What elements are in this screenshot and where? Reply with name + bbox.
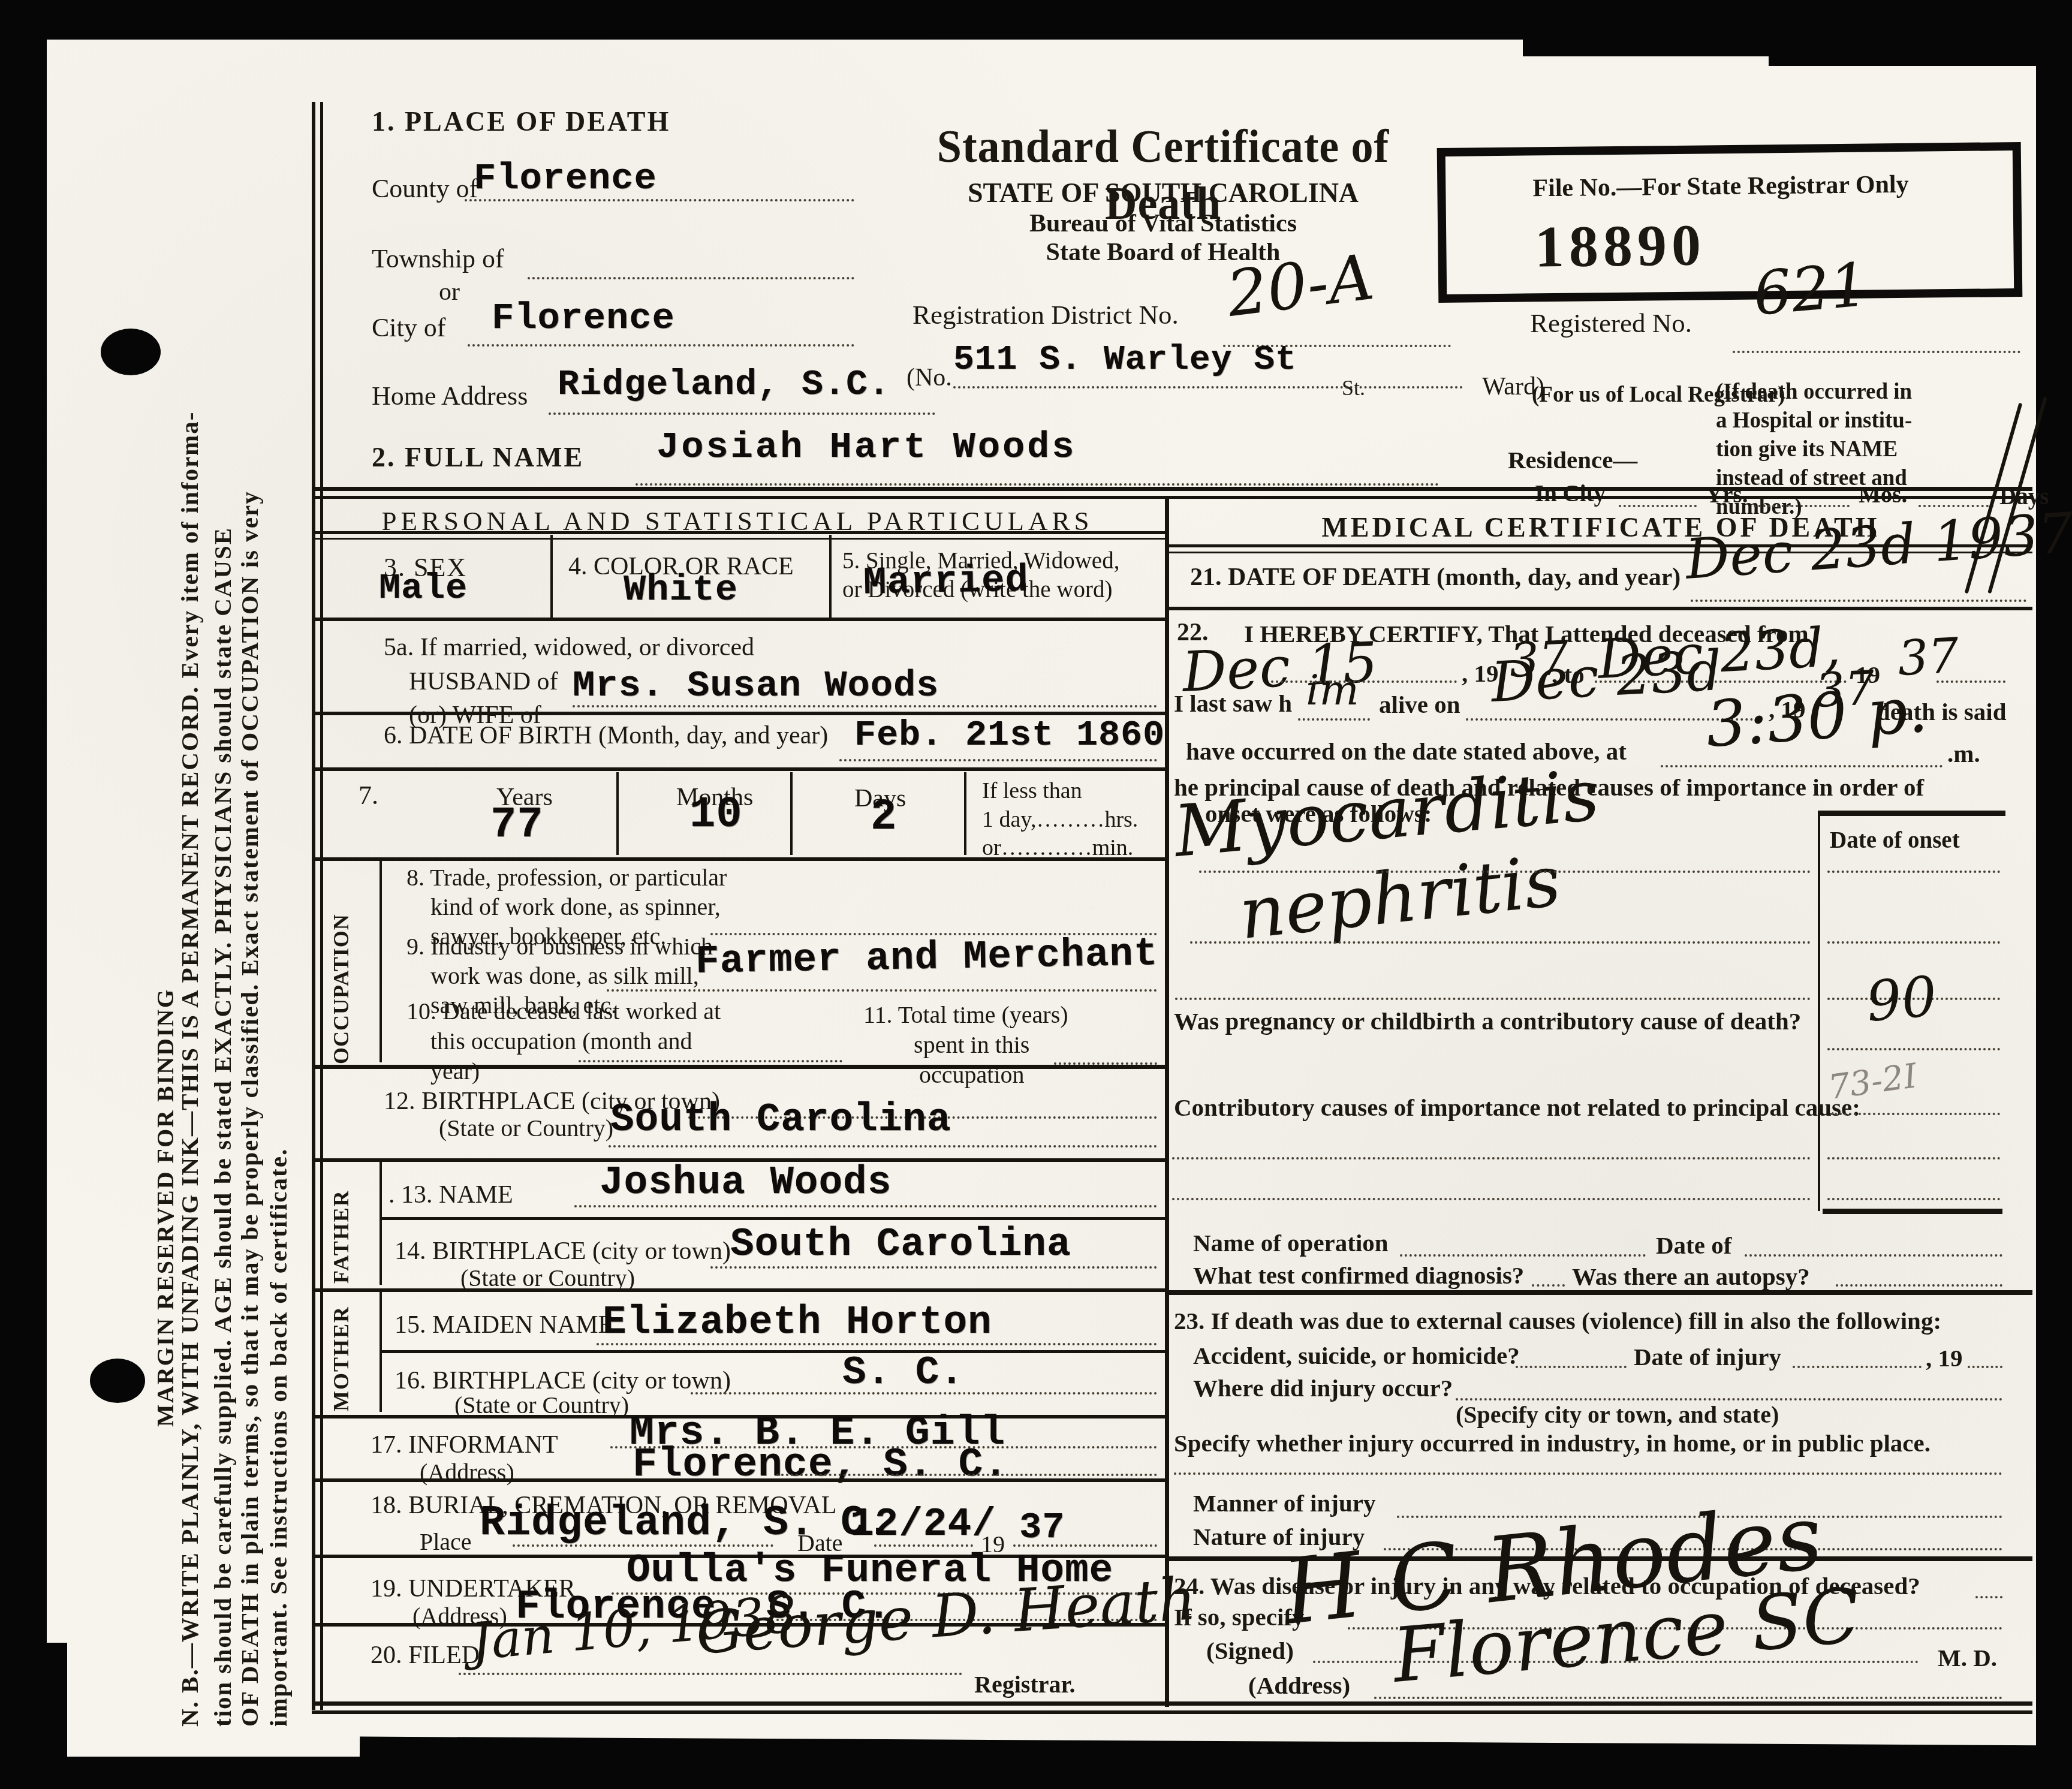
cause-line1a [1199, 871, 1811, 873]
state-line: STATE OF SOUTH CAROLINA [887, 176, 1439, 210]
father-birthplace-line [710, 1266, 1157, 1269]
address-label: (Address) [1248, 1670, 1350, 1700]
operation-date-label: Date of [1656, 1230, 1731, 1260]
test-line [1532, 1284, 1565, 1287]
date-of-death-label: 21. DATE OF DEATH (month, day, and year) [1190, 562, 1681, 593]
contributory-row2a [1172, 1157, 1811, 1159]
attended-from-line [1271, 680, 1457, 683]
operation-line [1400, 1254, 1646, 1257]
home-address-value: Ridgeland, S.C. [558, 365, 890, 405]
home-address-line [549, 412, 935, 415]
maiden-name-label: 15. MAIDEN NAME [394, 1310, 613, 1341]
burial-place-label: Place [420, 1528, 472, 1557]
age-vline1 [616, 772, 619, 855]
cause-line1b [1827, 871, 2000, 873]
mother-birthplace-value: S. C. [842, 1350, 964, 1395]
lastsaw-label1: I last saw h [1174, 688, 1292, 718]
hole-punch-top [101, 329, 161, 375]
section1-label: 1. PLACE OF DEATH [372, 105, 670, 138]
age-years-value: 77 [490, 800, 543, 850]
lastsaw-value: Dec 23d [1489, 639, 1723, 715]
registered-no-line [1733, 351, 2020, 353]
specify-whether-label: Specify whether injury occurred in indus… [1174, 1428, 1931, 1458]
age-number-label: 7. [359, 779, 378, 812]
age-months-value: 10 [689, 790, 742, 839]
rule-below-14 [312, 1288, 1165, 1292]
time-line [1661, 765, 1943, 767]
margin-nb-line1: N. B.—WRITE PLAINLY, WITH UNFADING INK—T… [175, 84, 204, 1727]
printed-19d: , 19 [1926, 1343, 1963, 1373]
birthplace-value: South Carolina [610, 1097, 951, 1142]
injury-19-line [1968, 1366, 2002, 1368]
city-label: City of [372, 312, 445, 344]
rule-below-11 [312, 1065, 1165, 1069]
lastworked-line [579, 1060, 842, 1062]
pregnancy-value: 90 [1864, 964, 1940, 1034]
onset-bottom-bar [1823, 1209, 2002, 1214]
address-line [1374, 1697, 2002, 1699]
age-ifless-label: If less than 1 day,………hrs. or…………min. [982, 777, 1138, 863]
age-vline3 [964, 772, 966, 855]
rule-below-17 [312, 1478, 1165, 1482]
personal-rule2 [312, 538, 1165, 540]
row345-vline2 [829, 535, 832, 618]
rule-below-test [1165, 1290, 2032, 1295]
occupation-related-line [1975, 1596, 2002, 1598]
pregnancy-line [1827, 1048, 2000, 1050]
home-address-label: Home Address [372, 380, 528, 412]
industry-value: Farmer and Merchant [695, 931, 1158, 984]
spouse-line [573, 705, 1157, 707]
lastworked-label: 10. Date deceased last worked at this oc… [406, 996, 721, 1086]
incity-line [1619, 505, 1697, 507]
street-line [953, 386, 1463, 388]
test-label: What test confirmed diagnosis? [1193, 1260, 1524, 1290]
form-left-rule2 [320, 102, 323, 1710]
bureau-line: Bureau of Vital Statistics [887, 209, 1439, 239]
rule-below-6 [312, 767, 1165, 771]
rule-below-15 [381, 1350, 1165, 1353]
occupation-vline [380, 861, 382, 1062]
header-double-rule2 [312, 496, 2032, 499]
bottom-double-rule1 [312, 1701, 2032, 1706]
section2-label: 2. FULL NAME [372, 441, 584, 474]
dob-value: Feb. 21st 1860 [854, 715, 1165, 756]
scan-border-top [0, 0, 2072, 40]
header-double-rule1 [312, 487, 2032, 491]
dob-line [839, 759, 1157, 761]
scan-border-top-right2 [1769, 54, 2072, 66]
margin-nb-line2: tion should be carefully supplied. AGE s… [208, 84, 237, 1727]
registrar-label: Registrar. [974, 1670, 1075, 1700]
burial-year-line [1013, 1544, 1157, 1547]
column-divider [1165, 496, 1169, 1707]
yrs-line [1754, 505, 1850, 507]
age-vline2 [790, 772, 793, 855]
father-name-line [574, 1205, 1157, 1207]
mother-vertical-label: MOTHER [329, 1294, 354, 1411]
filed-line [459, 1673, 962, 1675]
onset-vline [1818, 811, 1820, 1211]
cause-line2a [1190, 941, 1811, 944]
father-vertical-label: FATHER [329, 1166, 354, 1284]
maiden-name-value: Elizabeth Horton [603, 1300, 992, 1345]
burial-date-line [874, 1544, 973, 1547]
scan-border-bottom-left [0, 1643, 67, 1789]
margin-nb-line3: OF DEATH in plain terms, so that it may … [235, 84, 264, 1727]
burial-place-line [513, 1544, 773, 1547]
residence-mos: Mos. [1859, 481, 1907, 510]
fullname-value: Josiah Hart Woods [656, 426, 1077, 468]
father-birthplace-label: 14. BIRTHPLACE (city or town) [394, 1236, 731, 1267]
filed-label: 20. FILED [371, 1640, 480, 1671]
father-name-label: . 13. NAME [389, 1180, 513, 1210]
father-vline [380, 1162, 382, 1285]
county-label: County of [372, 173, 478, 205]
birthplace-sublabel: (State or Country) [439, 1114, 613, 1143]
scan-border-left [0, 0, 47, 1789]
residence-incity: In City [1535, 480, 1606, 508]
form-left-rule1 [312, 102, 315, 1710]
rule-below-345 [312, 618, 1165, 621]
date-of-onset-label: Date of onset [1830, 826, 1960, 855]
mother-birthplace-line [691, 1392, 1157, 1395]
injury-date-label: Date of injury [1634, 1342, 1781, 1372]
reg-district-label: Registration District No. [912, 299, 1179, 332]
father-birthplace-value: South Carolina [730, 1222, 1071, 1267]
county-value: Florence [474, 157, 657, 200]
age-days-value: 2 [871, 793, 897, 842]
maiden-name-line [597, 1343, 1157, 1345]
county-line [465, 199, 854, 201]
specify-line [1174, 1472, 2002, 1475]
external-causes-label: 23. If death was due to external causes … [1174, 1306, 1941, 1336]
signed-label: (Signed) [1206, 1636, 1294, 1665]
date-of-death-line [1691, 600, 2026, 602]
burial-year-value: 37 [1019, 1506, 1065, 1549]
file-number-label: File No.—For State Registrar Only [1451, 168, 1990, 205]
contributory-label: Contributory causes of importance not re… [1174, 1092, 1860, 1122]
cause-line2b [1827, 941, 2000, 944]
township-line [528, 277, 854, 279]
rule-below-21 [1165, 607, 2032, 610]
contributory-line [1830, 1113, 2000, 1115]
dob-label: 6. DATE OF BIRTH (Month, day, and year) [384, 721, 828, 751]
scan-border-top-right [1523, 35, 2072, 56]
time-value: 3:30 p. [1703, 673, 1929, 761]
lastsaw-him: im [1306, 665, 1359, 715]
contributory-row3b [1827, 1198, 2000, 1200]
cause-line3a [1175, 998, 1811, 1000]
no-label: (No. [907, 363, 952, 393]
informant-label: 17. INFORMANT [371, 1430, 558, 1460]
father-name-value: Joshua Woods [600, 1160, 892, 1205]
race-value: White [624, 568, 738, 611]
lastsaw-label2: alive on [1379, 689, 1460, 719]
file-number-box [1437, 142, 2023, 303]
ward-label: Ward) [1482, 372, 1544, 402]
where-label: Where did injury occur? [1193, 1373, 1453, 1403]
informant-address-label: (Address) [420, 1458, 514, 1487]
fullname-line [636, 483, 1439, 486]
street-value: 511 S. Warley St [953, 341, 1297, 380]
accident-line [1516, 1366, 1627, 1368]
informant-address-line [776, 1474, 1157, 1476]
onset-top-bar [1818, 811, 2005, 816]
registered-no-label: Registered No. [1530, 307, 1692, 340]
lastsaw-him-line [1298, 718, 1370, 721]
marital-value: Married [863, 559, 1029, 606]
township-label: Township of [372, 243, 504, 275]
year-b-line [1937, 680, 2005, 683]
scan-border-right [2036, 0, 2072, 1789]
autopsy-label: Was there an autopsy? [1572, 1261, 1810, 1291]
hole-punch-bottom [90, 1359, 145, 1403]
death-certificate-scan: MARGIN RESERVED FOR BINDING N. B.—WRITE … [0, 0, 2072, 1789]
injury-date-line [1793, 1366, 1922, 1368]
burial-date-value: 12/24/ [850, 1502, 996, 1547]
operation-label: Name of operation [1193, 1228, 1389, 1258]
industry-line [607, 989, 1157, 992]
township-or: or [439, 277, 460, 308]
bottom-double-rule2 [312, 1710, 2032, 1714]
contributory-row3a [1172, 1198, 1811, 1200]
autopsy-line [1836, 1284, 2002, 1287]
margin-nb-line4: important. See instructions on back of c… [264, 84, 293, 1727]
residence-label: Residence— [1508, 445, 1637, 475]
contributory-row2b [1827, 1157, 2000, 1159]
operation-date-line [1745, 1254, 2002, 1257]
personal-rule1 [312, 531, 1165, 534]
rule-below-13 [381, 1217, 1165, 1220]
occupation-vertical-label: OCCUPATION [329, 866, 354, 1064]
spouse-value: Mrs. Susan Woods [573, 664, 939, 707]
residence-yrs: Yrs. [1706, 481, 1748, 510]
file-number-value: 18890 [1534, 210, 1706, 284]
specify-city-label: (Specify city or town, and state) [1456, 1401, 1779, 1430]
city-line [468, 344, 854, 347]
city-value: Florence [492, 297, 675, 339]
m-label: .m. [1947, 739, 1980, 769]
totaltime-label: 11. Total time (years) spent in this occ… [863, 1000, 1068, 1090]
accident-label: Accident, suicide, or homicide? [1193, 1341, 1520, 1371]
pregnancy-label: Was pregnancy or childbirth a contributo… [1174, 1006, 1801, 1036]
registered-no-value: 621 [1751, 249, 1871, 329]
md-label: M. D. [1938, 1643, 1997, 1673]
sex-value: Male [379, 568, 468, 609]
manner-label: Manner of injury [1193, 1488, 1375, 1518]
birthplace-line2 [609, 1145, 1157, 1148]
row345-vline1 [550, 535, 553, 618]
rule-below-7 [312, 857, 1165, 861]
